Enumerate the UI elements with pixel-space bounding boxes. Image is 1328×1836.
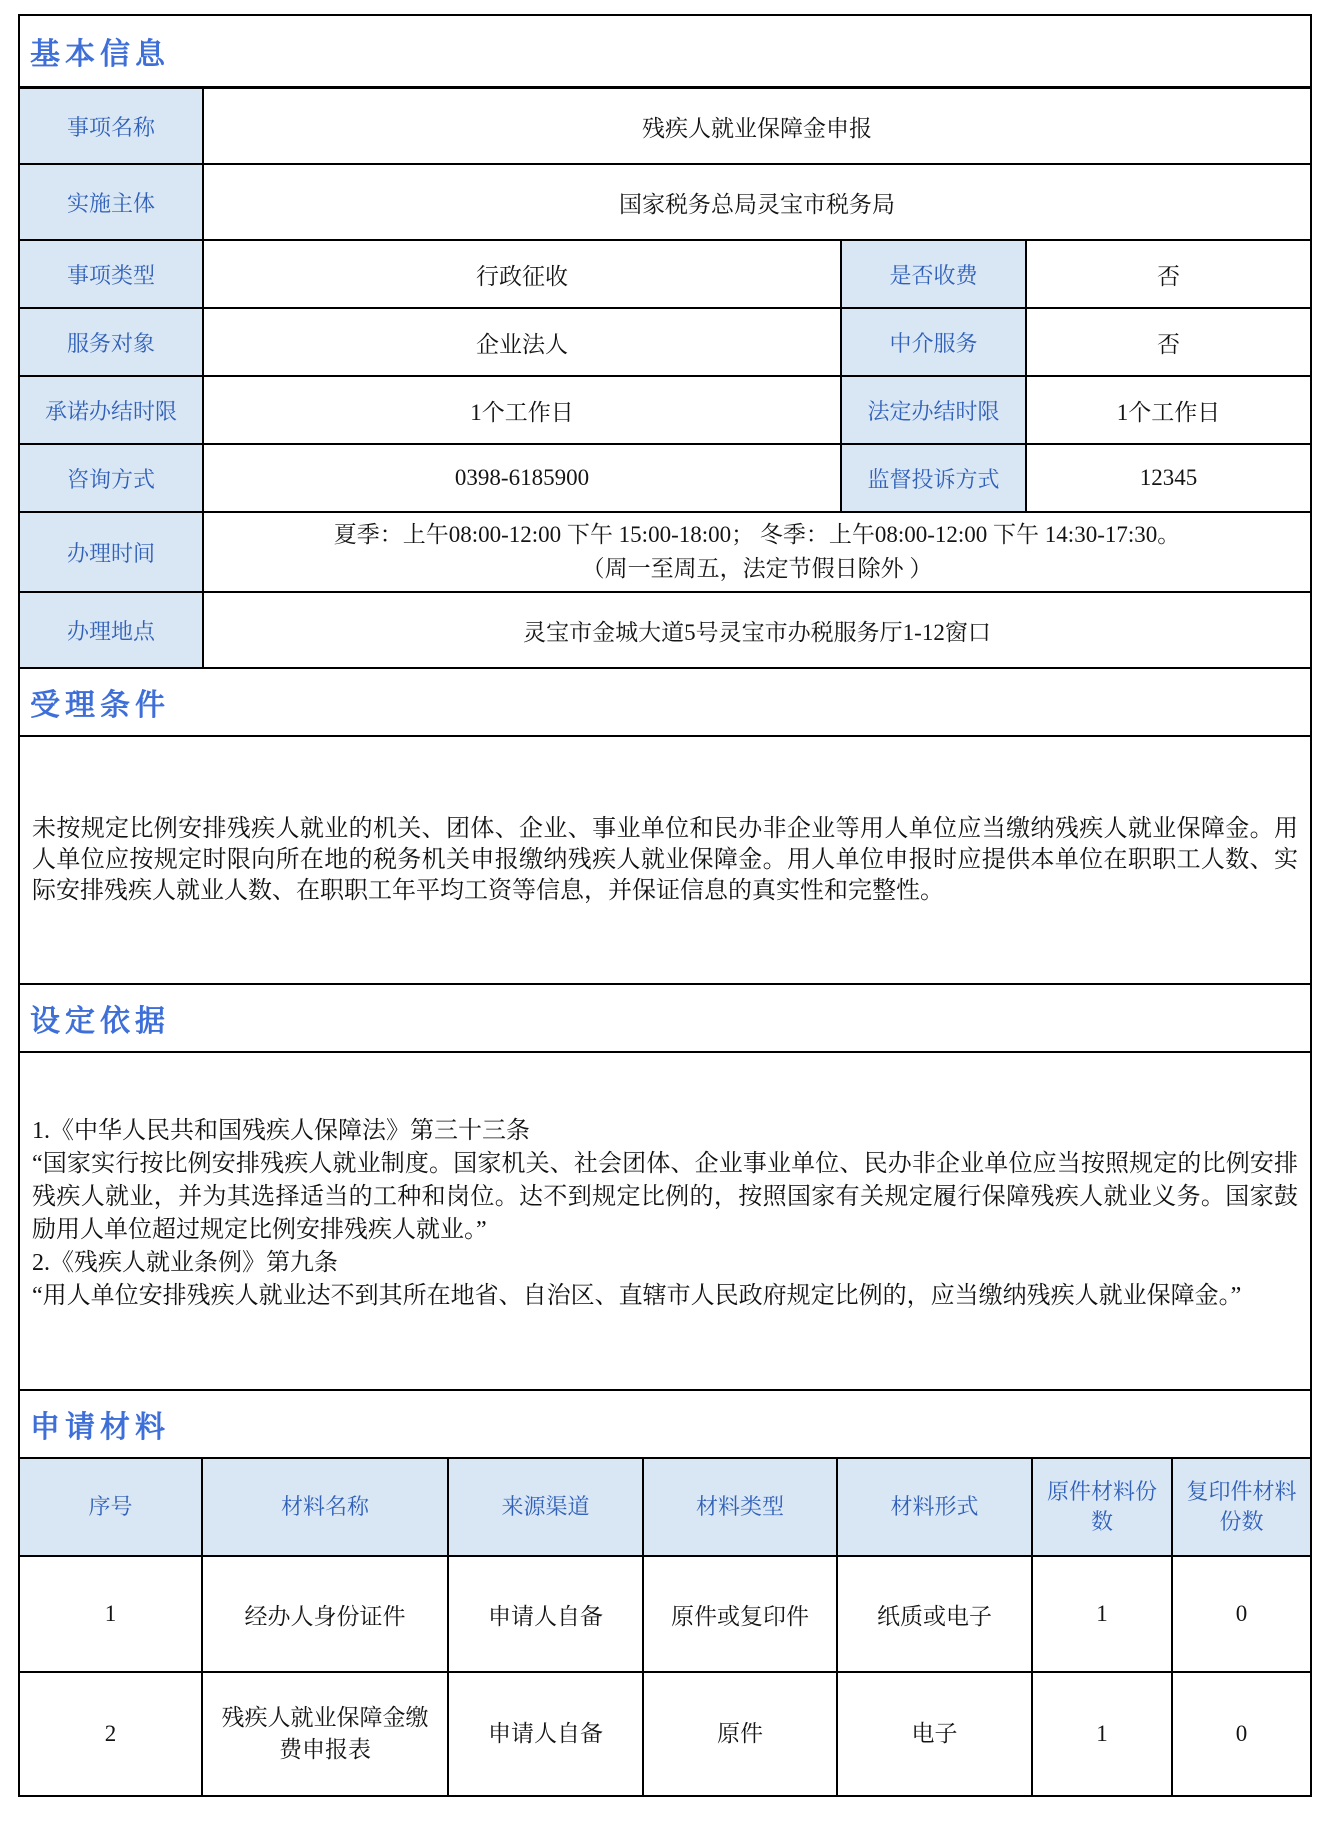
office-hours-line2: （周一至周五，法定节假日除外 ） (582, 552, 933, 586)
table-row-implementer: 实施主体 国家税务总局灵宝市税务局 (20, 163, 1310, 239)
acceptance-content-text: 未按规定比例安排残疾人就业的机关、团体、企业、事业单位和民办非企业等用人单位应当… (32, 814, 1298, 907)
basis-line: “国家实行按比例安排残疾人就业制度。国家机关、社会团体、企业事业单位、民办非企业… (32, 1148, 1298, 1247)
materials-header-row: 序号 材料名称 来源渠道 材料类型 材料形式 原件材料份数 复印件材料份数 (20, 1459, 1310, 1555)
materials-title: 申请材料 (18, 1389, 1312, 1459)
row1-material-form: 纸质或电子 (836, 1557, 1031, 1671)
row1-original-copies: 1 (1031, 1557, 1171, 1671)
basis-content-box: 1.《中华人民共和国残疾人保障法》第三十三条 “国家实行按比例安排残疾人就业制度… (18, 1051, 1312, 1391)
consult-way-value: 0398-6185900 (202, 445, 840, 511)
header-original-copies: 原件材料份数 (1031, 1459, 1171, 1555)
materials-table: 序号 材料名称 来源渠道 材料类型 材料形式 原件材料份数 复印件材料份数 1 … (18, 1457, 1312, 1797)
basis-line: “用人单位安排残疾人就业达不到其所在地省、自治区、直辖市人民政府规定比例的，应当… (32, 1280, 1298, 1313)
row2-seq: 2 (20, 1673, 201, 1795)
implementer-label: 实施主体 (20, 165, 202, 239)
header-seq: 序号 (20, 1459, 201, 1555)
item-name-value: 残疾人就业保障金申报 (202, 89, 1310, 163)
complaint-way-value: 12345 (1025, 445, 1310, 511)
header-material-type: 材料类型 (642, 1459, 836, 1555)
office-hours-label: 办理时间 (20, 513, 202, 591)
table-row: 2 残疾人就业保障金缴费申报表 申请人自备 原件 电子 1 0 (20, 1671, 1310, 1795)
row1-material-name: 经办人身份证件 (201, 1557, 447, 1671)
complaint-way-label: 监督投诉方式 (840, 445, 1025, 511)
basis-title: 设定依据 (18, 983, 1312, 1053)
intermediary-label: 中介服务 (840, 309, 1025, 375)
row2-material-name: 残疾人就业保障金缴费申报表 (201, 1673, 447, 1795)
basic-info-title: 基本信息 (20, 16, 1310, 86)
promised-limit-value: 1个工作日 (202, 377, 840, 443)
row1-material-type: 原件或复印件 (642, 1557, 836, 1671)
basic-info-table: 基本信息 事项名称 残疾人就业保障金申报 实施主体 国家税务总局灵宝市税务局 事… (18, 14, 1312, 669)
table-row-item-type: 事项类型 行政征收 是否收费 否 (20, 239, 1310, 307)
basis-line: 1.《中华人民共和国残疾人保障法》第三十三条 (32, 1115, 1298, 1148)
office-place-value: 灵宝市金城大道5号灵宝市办税服务厅1-12窗口 (202, 593, 1310, 667)
row1-seq: 1 (20, 1557, 201, 1671)
consult-way-label: 咨询方式 (20, 445, 202, 511)
row2-original-copies: 1 (1031, 1673, 1171, 1795)
intermediary-value: 否 (1025, 309, 1310, 375)
header-material-name: 材料名称 (201, 1459, 447, 1555)
table-row-contact: 咨询方式 0398-6185900 监督投诉方式 12345 (20, 443, 1310, 511)
header-source-channel: 来源渠道 (447, 1459, 642, 1555)
row2-material-form: 电子 (836, 1673, 1031, 1795)
row2-material-type: 原件 (642, 1673, 836, 1795)
row2-photocopy-copies: 0 (1171, 1673, 1310, 1795)
header-photocopy-copies: 复印件材料份数 (1171, 1459, 1310, 1555)
acceptance-content-box: 未按规定比例安排残疾人就业的机关、团体、企业、事业单位和民办非企业等用人单位应当… (18, 735, 1312, 985)
table-row-service-target: 服务对象 企业法人 中介服务 否 (20, 307, 1310, 375)
row2-source-channel: 申请人自备 (447, 1673, 642, 1795)
row1-source-channel: 申请人自备 (447, 1557, 642, 1671)
item-type-label: 事项类型 (20, 241, 202, 307)
header-material-form: 材料形式 (836, 1459, 1031, 1555)
office-place-label: 办理地点 (20, 593, 202, 667)
table-row: 1 经办人身份证件 申请人自备 原件或复印件 纸质或电子 1 0 (20, 1555, 1310, 1671)
charge-label: 是否收费 (840, 241, 1025, 307)
acceptance-title: 受理条件 (18, 667, 1312, 737)
table-row-item-name: 事项名称 残疾人就业保障金申报 (20, 86, 1310, 163)
table-row-time-limit: 承诺办结时限 1个工作日 法定办结时限 1个工作日 (20, 375, 1310, 443)
service-target-label: 服务对象 (20, 309, 202, 375)
charge-value: 否 (1025, 241, 1310, 307)
legal-limit-value: 1个工作日 (1025, 377, 1310, 443)
item-type-value: 行政征收 (202, 241, 840, 307)
item-name-label: 事项名称 (20, 89, 202, 163)
service-info-page: 基本信息 事项名称 残疾人就业保障金申报 实施主体 国家税务总局灵宝市税务局 事… (0, 0, 1328, 1797)
office-hours-value: 夏季：上午08:00-12:00 下午 15:00-18:00； 冬季：上午08… (202, 513, 1310, 591)
basis-line: 2.《残疾人就业条例》第九条 (32, 1247, 1298, 1280)
office-hours-line1: 夏季：上午08:00-12:00 下午 15:00-18:00； 冬季：上午08… (334, 518, 1181, 552)
table-row-office-place: 办理地点 灵宝市金城大道5号灵宝市办税服务厅1-12窗口 (20, 591, 1310, 667)
row1-photocopy-copies: 0 (1171, 1557, 1310, 1671)
legal-limit-label: 法定办结时限 (840, 377, 1025, 443)
table-row-office-hours: 办理时间 夏季：上午08:00-12:00 下午 15:00-18:00； 冬季… (20, 511, 1310, 591)
service-target-value: 企业法人 (202, 309, 840, 375)
implementer-value: 国家税务总局灵宝市税务局 (202, 165, 1310, 239)
promised-limit-label: 承诺办结时限 (20, 377, 202, 443)
